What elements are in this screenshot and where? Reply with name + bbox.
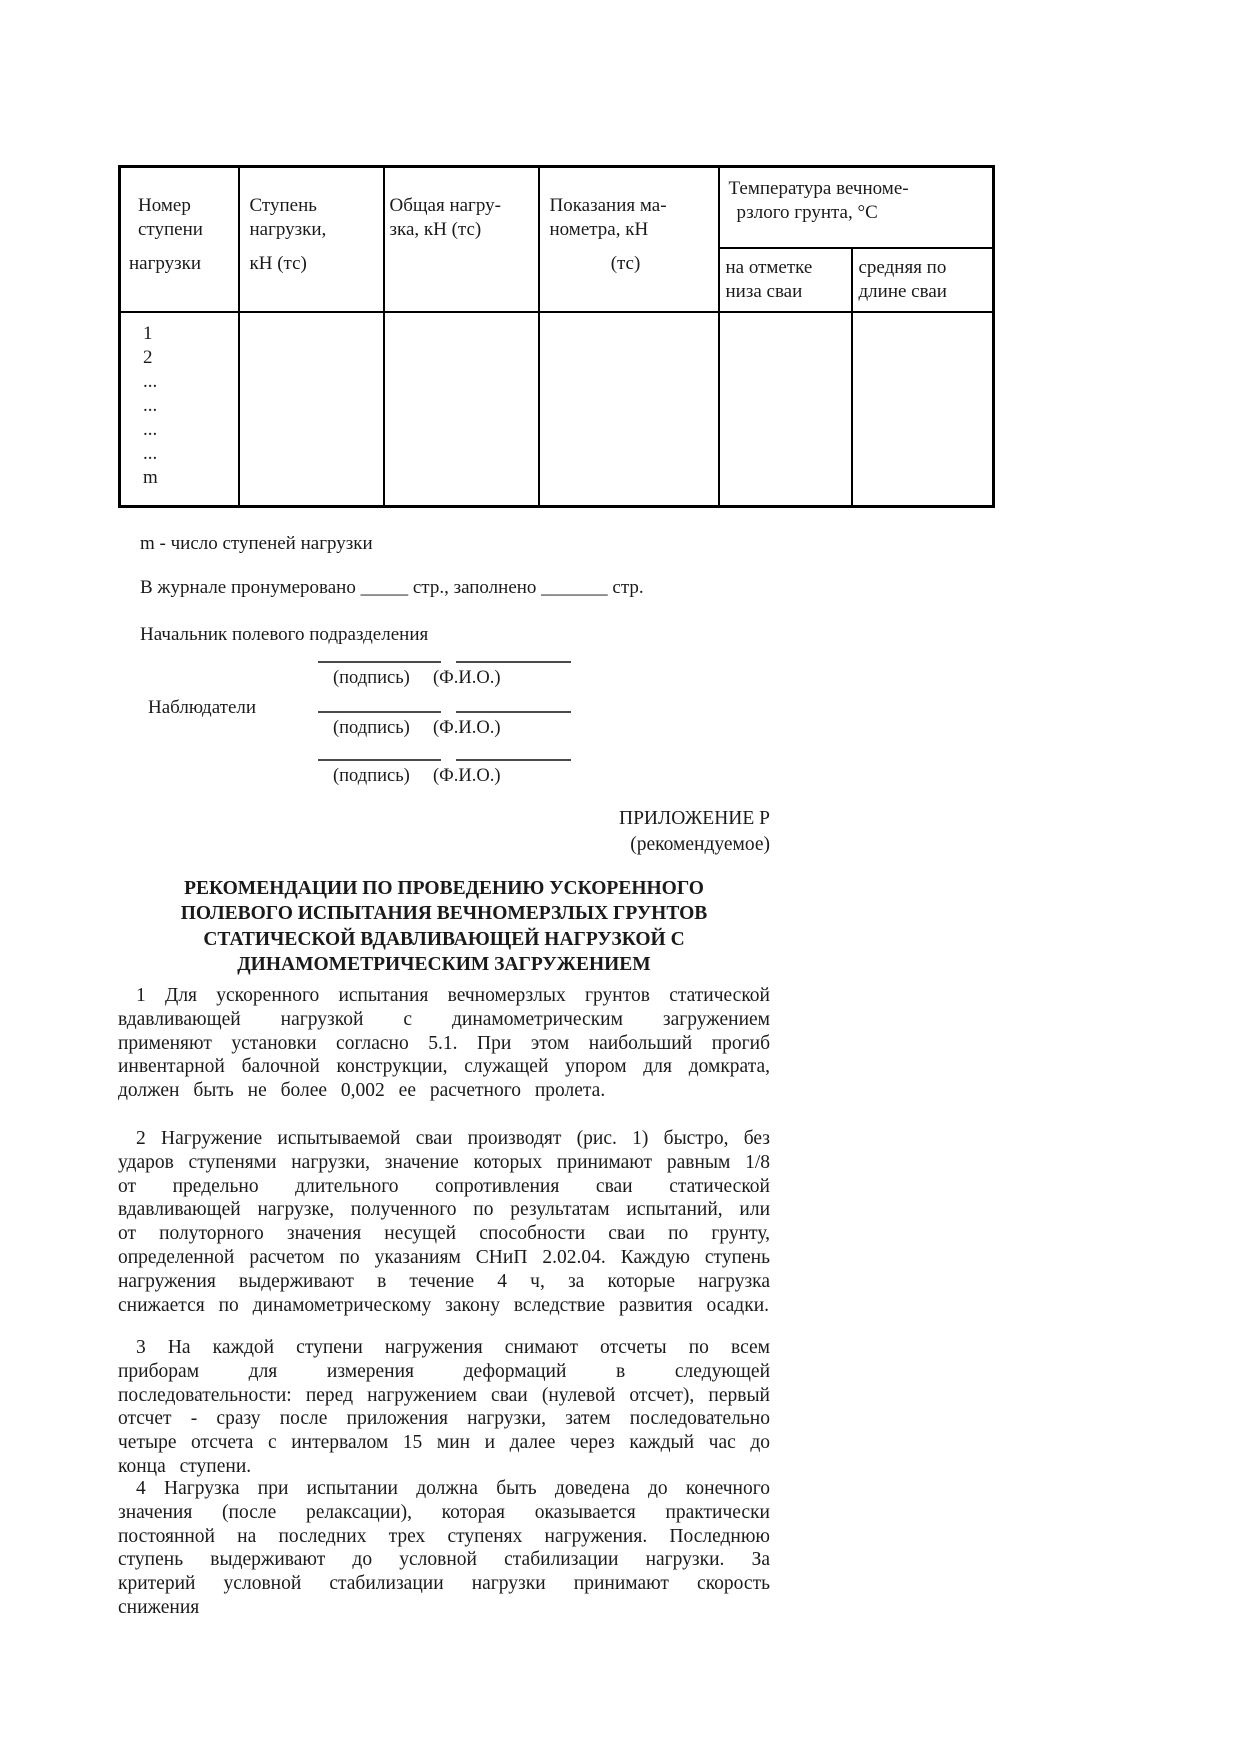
signature-label: (подпись) [333,668,410,689]
heading-line: ДИНАМОМЕТРИЧЕСКИМ ЗАГРУЖЕНИЕМ [118,952,770,977]
header-text: средняя по [859,256,991,280]
appendix-header: ПРИЛОЖЕНИЕ Р (рекомендуемое) [418,806,770,858]
name-line [456,661,571,663]
document-page: Номер ступени нагрузки Ступень нагрузки,… [0,0,1240,1755]
header-text: Температура вечноме- [729,177,989,201]
header-cell-temp-avg-pile-length: средняя по длине сваи [852,248,994,312]
empty-cell [852,312,994,507]
empty-cell [719,312,852,507]
name-label: (Ф.И.О.) [433,718,501,739]
empty-cell [539,312,719,507]
step-number: ... [143,394,238,418]
step-number: 1 [143,322,238,346]
header-cell-temp-at-pile-tip: на отметке низа сваи [719,248,852,312]
table-body-row: 1 2 ... ... ... ... m [120,312,994,507]
signature-label: (подпись) [333,718,410,739]
header-text: нагрузки, [250,218,379,242]
header-cell-load-step: Ступень нагрузки, кН (тс) [239,167,384,312]
load-steps-table: Номер ступени нагрузки Ступень нагрузки,… [118,165,995,508]
header-text: ступени [138,218,234,242]
appendix-subtitle: (рекомендуемое) [418,832,770,858]
header-text: Ступень [250,194,379,218]
paragraph-4: 4 Нагрузка при испытании должна быть дов… [118,1477,770,1620]
header-text: Показания ма- [550,194,714,218]
header-text: Номер [138,194,234,218]
header-text: длине сваи [859,280,991,304]
name-line [456,759,571,761]
table-header-row-top: Номер ступени нагрузки Ступень нагрузки,… [120,167,994,248]
step-number: m [143,466,238,490]
heading-line: РЕКОМЕНДАЦИИ ПО ПРОВЕДЕНИЮ УСКОРЕННОГО [118,876,770,901]
name-line [456,711,571,713]
header-text: на отметке [726,256,849,280]
empty-cell [239,312,384,507]
header-cell-manometer: Показания ма- нометра, кН (тс) [539,167,719,312]
observers-title: Наблюдатели [148,696,256,720]
header-cell-step-number: Номер ступени нагрузки [120,167,239,312]
m-definition-note: m - число ступеней нагрузки [140,532,373,556]
heading-line: ПОЛЕВОГО ИСПЫТАНИЯ ВЕЧНОМЕРЗЛЫХ ГРУНТОВ [118,901,770,926]
header-text: (тс) [550,252,714,276]
appendix-title: ПРИЛОЖЕНИЕ Р [418,806,770,832]
signature-line [318,661,441,663]
header-text: рзлого грунта, °С [729,201,989,225]
heading-line: СТАТИЧЕСКОЙ ВДАВЛИВАЮЩЕЙ НАГРУЗКОЙ С [118,927,770,952]
step-number: 2 [143,346,238,370]
header-cell-total-load: Общая нагру- зка, кН (тс) [384,167,539,312]
chief-title: Начальник полевого подразделения [140,623,428,647]
name-label: (Ф.И.О.) [433,766,501,787]
step-number: ... [143,442,238,466]
paragraph-1: 1 Для ускоренного испытания вечномерзлых… [118,984,770,1103]
step-number: ... [143,418,238,442]
header-cell-ground-temperature: Температура вечноме- рзлого грунта, °С [719,167,994,248]
journal-pages-line: В журнале пронумеровано _____ стр., запо… [140,576,644,600]
header-text: Общая нагру- [390,194,534,218]
header-text: нагрузки [129,252,234,276]
header-text: кН (тс) [250,252,379,276]
signature-label: (подпись) [333,766,410,787]
header-text: низа сваи [726,280,849,304]
paragraph-2: 2 Нагружение испытываемой сваи производя… [118,1127,770,1317]
step-number: ... [143,370,238,394]
paragraph-3: 3 На каждой ступени нагружения снимают о… [118,1336,770,1479]
empty-cell [384,312,539,507]
cell-step-numbers: 1 2 ... ... ... ... m [120,312,239,507]
name-label: (Ф.И.О.) [433,668,501,689]
header-text: зка, кН (тс) [390,218,534,242]
signature-line [318,711,441,713]
signature-line [318,759,441,761]
section-heading: РЕКОМЕНДАЦИИ ПО ПРОВЕДЕНИЮ УСКОРЕННОГО П… [118,876,770,978]
header-text: нометра, кН [550,218,714,242]
